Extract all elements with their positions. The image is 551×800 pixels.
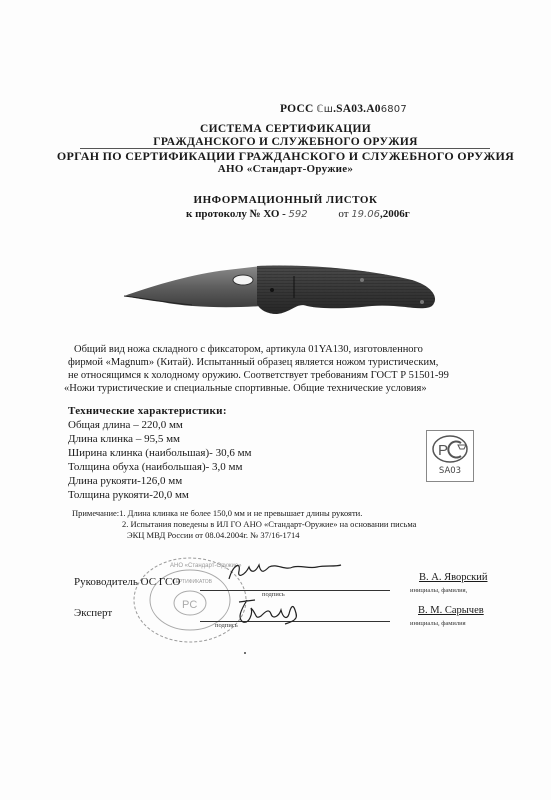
signatory-name-expert: В. М. Сарычев: [418, 605, 484, 616]
conformity-mark-code: SA03: [427, 466, 473, 476]
date-label: от: [338, 208, 348, 220]
technical-specifications: Технические характеристики: Общая длина …: [68, 404, 252, 502]
signature-expert: [225, 596, 315, 626]
protocol-number: 592: [289, 209, 308, 220]
certificate-number-prefix: РОСС: [280, 103, 317, 115]
note-item: 1. Длина клинка не более 150,0 мм и не п…: [119, 508, 362, 518]
svg-text:PC: PC: [182, 599, 197, 611]
note-item: ЭКЦ МВД России от 08.04.2004г. № 37/16-1…: [72, 530, 416, 541]
signature-head: [225, 557, 345, 587]
date-day-month: 19.06: [351, 209, 380, 220]
signatory-name-head: В. А. Яворский: [419, 572, 487, 583]
description-line: фирмой «Magnum» (Китай). Испытанный обра…: [68, 356, 449, 369]
product-description: Общий вид ножа складного с фиксатором, а…: [68, 343, 449, 395]
certificate-number-suffix: .SA03.A0: [333, 103, 381, 115]
signatory-role-expert: Эксперт: [74, 607, 112, 619]
spec-handle-length: Длина рукояти-126,0 мм: [68, 474, 252, 488]
spec-blade-width: Ширина клинка (наибольшая)- 30,6 мм: [68, 446, 252, 460]
specs-title: Технические характеристики:: [68, 404, 252, 418]
spec-overall-length: Общая длина – 220,0 мм: [68, 418, 252, 432]
protocol-reference: к протоколу № ХО - 592 от 19.06,2006г: [186, 208, 410, 220]
description-line: Общий вид ножа складного с фиксатором, а…: [68, 343, 449, 356]
conformity-mark: P SA03: [426, 430, 474, 482]
note-item: 2. Испытания поведены в ИЛ ГО АНО «Станд…: [72, 519, 416, 530]
description-line: не относящимся к холодному оружию. Соотв…: [68, 369, 449, 382]
spec-spine-thickness: Толщина обуха (наибольшая)- 3,0 мм: [68, 460, 252, 474]
folding-knife-image: [122, 252, 442, 327]
protocol-label: к протоколу № ХО -: [186, 208, 286, 220]
notes-label: Примечание:: [72, 508, 119, 518]
certification-organ: ОРГАН ПО СЕРТИФИКАЦИИ ГРАЖДАНСКОГО И СЛУ…: [10, 149, 551, 164]
scan-speck: [302, 214, 303, 215]
signatory-role-head: Руководитель ОС ГСО: [74, 576, 180, 588]
description-line: «Ножи туристические и специальные спорти…: [64, 382, 449, 395]
system-title-line2: ГРАЖДАНСКОГО И СЛУЖЕБНОГО ОРУЖИЯ: [10, 136, 551, 148]
certificate-number-tail: 6807: [381, 104, 407, 115]
document-title: ИНФОРМАЦИОННЫЙ ЛИСТОК: [0, 194, 551, 206]
notes: Примечание:1. Длина клинка не более 150,…: [72, 508, 416, 541]
certificate-number: РОСС ℂш.SA03.A06807: [280, 103, 407, 115]
organization-name: АНО «Стандарт-Оружие»: [10, 163, 551, 175]
pct-conformity-mark-icon: P: [430, 434, 470, 466]
scan-speck: [244, 652, 246, 654]
name-caption: инициалы, фамилия,: [410, 587, 467, 594]
system-title-line1: СИСТЕМА СЕРТИФИКАЦИИ: [10, 123, 551, 135]
name-caption: инициалы, фамилия: [410, 620, 466, 627]
svg-text:P: P: [438, 442, 448, 459]
date-year: ,2006г: [380, 208, 410, 220]
certificate-number-handwritten: ℂш: [317, 104, 334, 115]
spec-handle-thickness: Толщина рукояти-20,0 мм: [68, 488, 252, 502]
signature-line: [200, 590, 390, 591]
spec-blade-length: Длина клинка – 95,5 мм: [68, 432, 252, 446]
